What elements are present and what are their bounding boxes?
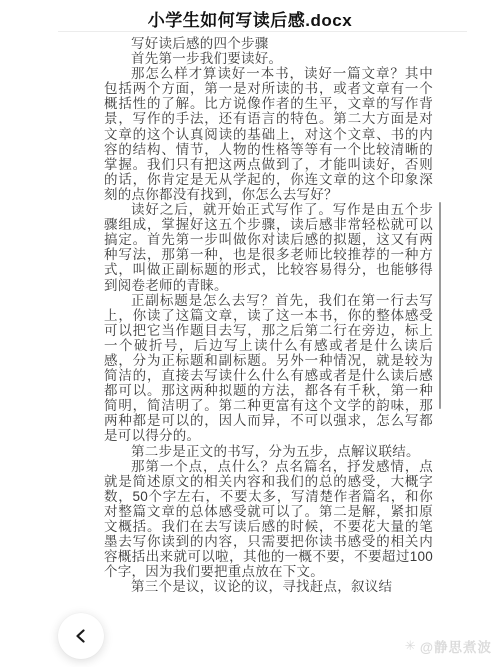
watermark-logo-icon: ✳ bbox=[405, 638, 417, 654]
watermark: ✳ @静思煮波 bbox=[405, 636, 492, 656]
back-button[interactable] bbox=[58, 613, 104, 659]
document-paragraph: 第二步是正文的书写，分为五步，点解议联结。 bbox=[104, 444, 433, 459]
document-paragraph: 第三个是议，议论的议，寻找赶点，叙议结 bbox=[104, 579, 433, 594]
document-paragraph: 那怎么样才算读好一本书，读好一篇文章？其中包括两个方面，第一是对所读的书，或者文… bbox=[104, 66, 433, 202]
document-paragraph: 正副标题是怎么去写？首先，我们在第一行去写上，你读了这篇文章，读了这一本书，你的… bbox=[104, 293, 433, 444]
title-divider bbox=[58, 31, 467, 32]
back-chevron-icon bbox=[72, 627, 90, 645]
document-paragraph: 写好读后感的四个步骤 bbox=[104, 36, 433, 51]
scrollbar-thumb[interactable] bbox=[439, 202, 441, 409]
document-paragraph: 读好之后，就开始正式写作了。写作是由五个步骤组成，掌握好这五个步骤，读后感非常轻… bbox=[104, 202, 433, 293]
document-body: 写好读后感的四个步骤首先第一步我们要读好。那怎么样才算读好一本书，读好一篇文章？… bbox=[104, 36, 433, 667]
docx-preview-screen: { "header": { "title": "小学生如何写读后感.docx" … bbox=[0, 0, 500, 667]
document-paragraph: 首先第一步我们要读好。 bbox=[104, 51, 433, 66]
watermark-username: @静思煮波 bbox=[420, 636, 492, 656]
document-title: 小学生如何写读后感.docx bbox=[0, 6, 500, 31]
document-paragraph: 那第一个点，点什么？点名篇名，抒发感情，点就是简述原文的相关内容和我们的总的感受… bbox=[104, 459, 433, 580]
